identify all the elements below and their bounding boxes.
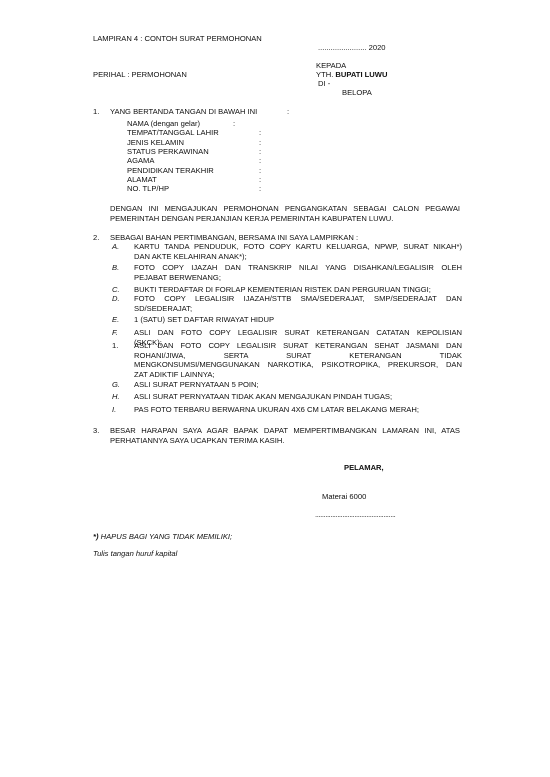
attachment-line: ASLI SURAT PERNYATAAN 5 POIN; — [134, 380, 462, 390]
recipient-place: BELOPA — [342, 88, 372, 98]
attachment-marker: B. — [112, 263, 119, 273]
field-label: ALAMAT — [127, 175, 157, 185]
section1-title-colon: : — [287, 107, 289, 117]
field-label: TEMPAT/TANGGAL LAHIR — [127, 128, 219, 138]
footnote-text: HAPUS BAGI YANG TIDAK MEMILIKI; — [98, 532, 232, 541]
field-label: NAMA (dengan gelar) — [127, 119, 200, 129]
statement-line-1: DENGAN INI MENGAJUKAN PERMOHONAN PENGANG… — [110, 204, 460, 214]
signature-name-line: ........................................… — [315, 510, 395, 520]
attachment-marker: 1. — [112, 341, 118, 351]
recipient-prefix: YTH. — [316, 70, 335, 79]
attachment-marker: H. — [112, 392, 120, 402]
attachment-text: FOTO COPY LEGALISIR IJAZAH/STTB SMA/SEDE… — [134, 294, 462, 313]
attachment-line: DAN AKTE KELAHIRAN ANAK*); — [134, 252, 462, 262]
recipient-di: DI - — [318, 79, 330, 89]
stamp-placeholder: Materai 6000 — [322, 492, 366, 502]
attachment-line: SD/SEDERAJAT; — [134, 304, 462, 314]
attachment-marker: G. — [112, 380, 120, 390]
attachment-text: ASLI SURAT PERNYATAAN TIDAK AKAN MENGAJU… — [134, 392, 462, 402]
section1-number: 1. — [93, 107, 99, 117]
field-label: PENDIDIKAN TERAKHIR — [127, 166, 214, 176]
closing-paragraph: BESAR HARAPAN SAYA AGAR BAPAK DAPAT MEMP… — [110, 426, 460, 445]
attachment-text: ASLI SURAT PERNYATAAN 5 POIN; — [134, 380, 462, 390]
applicant-fields: NAMA (dengan gelar):TEMPAT/TANGGAL LAHIR… — [127, 119, 277, 199]
attachment-marker: A. — [112, 242, 119, 252]
field-colon: : — [259, 184, 261, 194]
footnote-handwriting: Tulis tangan huruf kapital — [93, 549, 177, 559]
section1-title: YANG BERTANDA TANGAN DI BAWAH INI — [110, 107, 257, 117]
signature-title: PELAMAR, — [344, 463, 384, 473]
statement-paragraph: DENGAN INI MENGAJUKAN PERMOHONAN PENGANG… — [110, 204, 460, 223]
field-label: NO. TLP/HP — [127, 184, 169, 194]
attachment-text: KARTU TANDA PENDUDUK, FOTO COPY KARTU KE… — [134, 242, 462, 261]
attachment-line: ASLI SURAT PERNYATAAN TIDAK AKAN MENGAJU… — [134, 392, 462, 402]
attachment-line: FOTO COPY LEGALISIR IJAZAH/STTB SMA/SEDE… — [134, 294, 462, 304]
attachment-line: FOTO COPY IJAZAH DAN TRANSKRIP NILAI YAN… — [134, 263, 462, 273]
attachment-text: ASLI DAN FOTO COPY LEGALISIR SURAT KETER… — [134, 341, 462, 379]
recipient-title: BUPATI LUWU — [335, 70, 387, 79]
attachment-line: MENGKONSUMSI/MENGGUNAKAN NARKOTIKA, PSIK… — [134, 360, 462, 370]
field-colon: : — [259, 156, 261, 166]
attachment-line: KARTU TANDA PENDUDUK, FOTO COPY KARTU KE… — [134, 242, 462, 252]
attachment-title: LAMPIRAN 4 : CONTOH SURAT PERMOHONAN — [93, 34, 262, 44]
attachment-text: FOTO COPY IJAZAH DAN TRANSKRIP NILAI YAN… — [134, 263, 462, 282]
attachment-line: ASLI DAN FOTO COPY LEGALISIR SURAT KETER… — [134, 328, 462, 338]
field-label: AGAMA — [127, 156, 154, 166]
attachment-text: 1 (SATU) SET DAFTAR RIWAYAT HIDUP — [134, 315, 462, 325]
attachment-line: 1 (SATU) SET DAFTAR RIWAYAT HIDUP — [134, 315, 462, 325]
subject-line: PERIHAL : PERMOHONAN — [93, 70, 187, 80]
attachment-text: PAS FOTO TERBARU BERWARNA UKURAN 4X6 CM … — [134, 405, 462, 415]
attachment-line: PEJABAT BERWENANG; — [134, 273, 462, 283]
closing-line-2: PERHATIANNYA SAYA UCAPKAN TERIMA KASIH. — [110, 436, 460, 446]
attachment-line: ASLI DAN FOTO COPY LEGALISIR SURAT KETER… — [134, 341, 462, 351]
attachment-line: PAS FOTO TERBARU BERWARNA UKURAN 4X6 CM … — [134, 405, 462, 415]
section3-number: 3. — [93, 426, 99, 436]
field-colon: : — [259, 147, 261, 157]
attachment-marker: D. — [112, 294, 120, 304]
section2-number: 2. — [93, 233, 99, 243]
field-label: JENIS KELAMIN — [127, 138, 184, 148]
attachment-marker: I. — [112, 405, 116, 415]
attachment-marker: E. — [112, 315, 119, 325]
footnote-remove: *) HAPUS BAGI YANG TIDAK MEMILIKI; — [93, 532, 232, 542]
attachment-line: ZAT ADIKTIF LAINNYA; — [134, 370, 462, 380]
attachment-marker: F. — [112, 328, 118, 338]
field-colon: : — [259, 128, 261, 138]
field-label: STATUS PERKAWINAN — [127, 147, 209, 157]
field-colon: : — [259, 175, 261, 185]
attachment-line: ROHANI/JIWA, SERTA SURAT KETERANGAN TIDA… — [134, 351, 462, 361]
field-colon: : — [233, 119, 235, 129]
statement-line-2: PEMERINTAH DENGAN PERJANJIAN KERJA PEMER… — [110, 214, 460, 224]
field-colon: : — [259, 138, 261, 148]
field-colon: : — [259, 166, 261, 176]
closing-line-1: BESAR HARAPAN SAYA AGAR BAPAK DAPAT MEMP… — [110, 426, 460, 436]
date-line: ....................... 2020 — [318, 43, 386, 53]
